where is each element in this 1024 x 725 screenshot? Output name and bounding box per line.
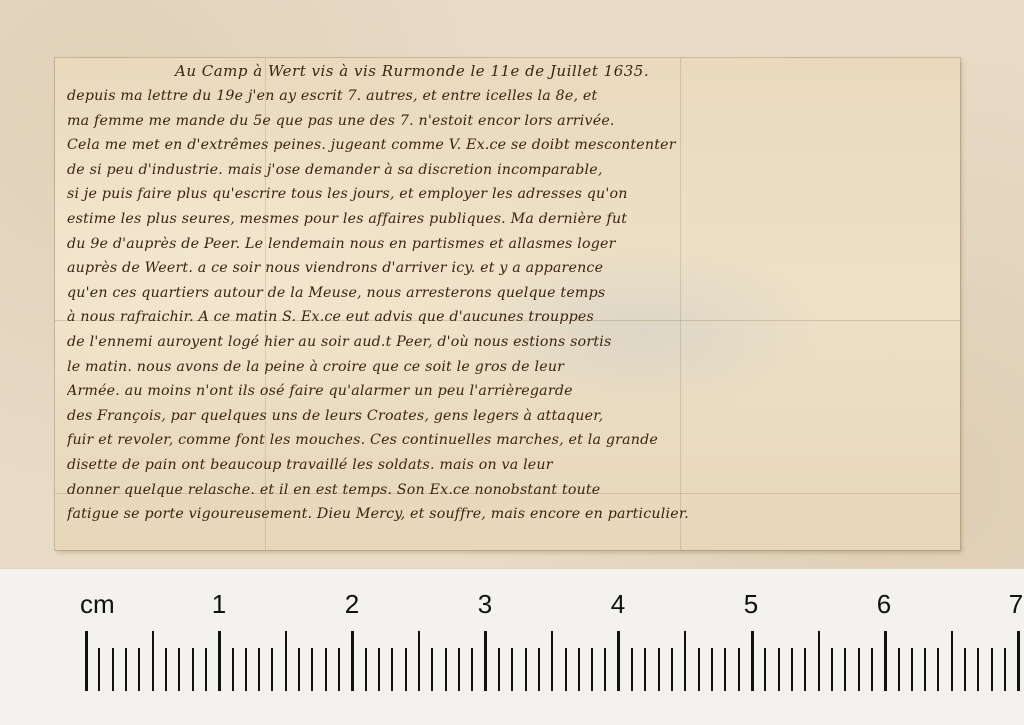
- ruler-tick: [738, 648, 740, 691]
- ruler-tick: [871, 648, 873, 691]
- ruler-tick: [764, 648, 766, 691]
- letter-line: donner quelque relasche. et il en est te…: [67, 478, 948, 503]
- ruler-tick: [232, 648, 234, 691]
- ruler-tick: [671, 648, 673, 691]
- ruler-tick: [98, 648, 100, 691]
- ruler-tick: [525, 648, 527, 691]
- letter-line: si je puis faire plus qu'escrire tous le…: [67, 182, 948, 207]
- letter-body: depuis ma lettre du 19e j'en ay escrit 7…: [67, 84, 948, 527]
- ruler-number: 2: [337, 589, 367, 620]
- ruler-tick: [631, 648, 633, 691]
- ruler-tick: [351, 631, 354, 691]
- letter-line: le matin. nous avons de la peine à croir…: [67, 355, 948, 380]
- ruler-tick: [898, 648, 900, 691]
- ruler-tick: [511, 648, 513, 691]
- letter-line: disette de pain ont beaucoup travaillé l…: [67, 453, 948, 478]
- letter-line: de l'ennemi auroyent logé hier au soir a…: [67, 330, 948, 355]
- letter-line: ma femme me mande du 5e que pas une des …: [67, 109, 948, 134]
- ruler-tick: [724, 648, 726, 691]
- ruler-tick: [298, 648, 300, 691]
- manuscript-letter: Au Camp à Wert vis à vis Rurmonde le 11e…: [55, 58, 960, 550]
- ruler-tick: [245, 648, 247, 691]
- ruler-tick: [644, 648, 646, 691]
- ruler-tick: [418, 631, 420, 691]
- ruler-tick: [684, 631, 686, 691]
- ruler-tick: [271, 648, 273, 691]
- ruler-tick: [1017, 631, 1020, 691]
- ruler-tick: [218, 631, 221, 691]
- ruler-number: 3: [470, 589, 500, 620]
- ruler-tick: [484, 631, 487, 691]
- letter-line: des François, par quelques uns de leurs …: [67, 404, 948, 429]
- ruler-tick: [1004, 648, 1006, 691]
- ruler-tick: [165, 648, 167, 691]
- ruler-tick: [911, 648, 913, 691]
- letter-line: à nous rafraichir. A ce matin S. Ex.ce e…: [67, 305, 948, 330]
- ruler-tick: [858, 648, 860, 691]
- letter-line: fuir et revoler, comme font les mouches.…: [67, 428, 948, 453]
- ruler-tick: [964, 648, 966, 691]
- ruler-unit-label: cm: [80, 589, 115, 620]
- ruler-tick: [445, 648, 447, 691]
- ruler-tick: [565, 648, 567, 691]
- letter-line: de si peu d'industrie. mais j'ose demand…: [67, 158, 948, 183]
- ruler-tick: [431, 648, 433, 691]
- ruler-tick: [751, 631, 754, 691]
- ruler-number: 4: [603, 589, 633, 620]
- ruler-tick: [458, 648, 460, 691]
- ruler-tick: [658, 648, 660, 691]
- ruler-tick: [818, 631, 820, 691]
- ruler-tick: [138, 648, 140, 691]
- scale-ruler: cm 1 2 3 4 5 6 7: [0, 568, 1024, 725]
- ruler-tick: [804, 648, 806, 691]
- letter-line: du 9e d'auprès de Peer. Le lendemain nou…: [67, 232, 948, 257]
- ruler-tick: [471, 648, 473, 691]
- ruler-tick: [884, 631, 887, 691]
- ruler-tick: [391, 648, 393, 691]
- letter-line: qu'en ces quartiers autour de la Meuse, …: [67, 281, 948, 306]
- ruler-tick: [591, 648, 593, 691]
- ruler-number: 1: [204, 589, 234, 620]
- ruler-tick: [192, 648, 194, 691]
- ruler-tick: [365, 648, 367, 691]
- ruler-tick: [85, 631, 88, 691]
- letter-line: fatigue se porte vigoureusement. Dieu Me…: [67, 502, 948, 527]
- letter-line: Armée. au moins n'ont ils osé faire qu'a…: [67, 379, 948, 404]
- ruler-tick: [991, 648, 993, 691]
- ruler-tick: [831, 648, 833, 691]
- ruler-tick: [311, 648, 313, 691]
- ruler-number: 5: [736, 589, 766, 620]
- letter-line: estime les plus seures, mesmes pour les …: [67, 207, 948, 232]
- ruler-tick: [698, 648, 700, 691]
- letter-heading: Au Camp à Wert vis à vis Rurmonde le 11e…: [175, 62, 940, 80]
- ruler-tick: [405, 648, 407, 691]
- ruler-tick: [325, 648, 327, 691]
- ruler-tick: [844, 648, 846, 691]
- letter-line: depuis ma lettre du 19e j'en ay escrit 7…: [67, 84, 948, 109]
- letter-line: Cela me met en d'extrêmes peines. jugean…: [67, 133, 948, 158]
- ruler-tick: [924, 648, 926, 691]
- ruler-tick: [937, 648, 939, 691]
- ruler-number: 6: [869, 589, 899, 620]
- ruler-tick: [178, 648, 180, 691]
- ruler-tick: [338, 648, 340, 691]
- ruler-number: 7: [1001, 589, 1024, 620]
- ruler-tick: [378, 648, 380, 691]
- ruler-tick: [791, 648, 793, 691]
- ruler-tick: [711, 648, 713, 691]
- ruler-tick: [538, 648, 540, 691]
- ruler-tick: [604, 648, 606, 691]
- ruler-tick: [977, 648, 979, 691]
- ruler-tick: [152, 631, 154, 691]
- ruler-tick: [498, 648, 500, 691]
- letter-line: auprès de Weert. a ce soir nous viendron…: [67, 256, 948, 281]
- ruler-tick: [112, 648, 114, 691]
- ruler-tick: [285, 631, 287, 691]
- ruler-tick: [778, 648, 780, 691]
- ruler-tick: [125, 648, 127, 691]
- ruler-tick: [258, 648, 260, 691]
- ruler-tick: [951, 631, 953, 691]
- ruler-tick: [551, 631, 553, 691]
- ruler-tick: [578, 648, 580, 691]
- ruler-tick: [617, 631, 620, 691]
- ruler-tick: [205, 648, 207, 691]
